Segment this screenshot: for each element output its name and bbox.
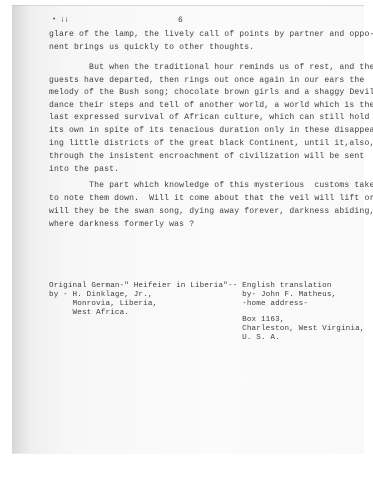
corner-marks: • ¡¡ [52,16,69,24]
page-number: 6 [178,16,183,26]
original-region: West Africa. [49,309,129,318]
original-title: Original German-" Heifeier in Liberia" [49,282,228,291]
paragraph-3-line-2: to note them down. Will it come about th… [49,194,373,204]
paragraph-2-line-4: dance their steps and tell of another wo… [49,101,373,111]
translation-home-label: -home address- [228,300,308,309]
translation-label: -- English translation [228,282,332,291]
paragraph-2-line-1: But when the traditional hour reminds us… [49,63,373,73]
page-shadow [12,5,32,453]
paragraph-3-line-3: will they be the swan song, dying away f… [49,207,373,217]
paragraph-2-line-3: melody of the Bush song; chocolate brown… [49,88,373,98]
paragraph-1-line-1: glare of the lamp, the lively call of po… [49,30,373,40]
paragraph-1-line-2: nent brings us quickly to other thoughts… [49,43,254,53]
paragraph-2-line-8: through the insistent encroachment of ci… [49,152,364,162]
translation-author: by- John F. Matheus, [228,291,336,300]
paragraph-2-line-6: its own in spite of its tenacious durati… [49,126,373,136]
paragraph-2-line-5: last expressed survival of African cultu… [49,113,369,123]
translation-city: Charleston, West Virginia, [228,325,365,334]
paragraph-2-line-7: ing little districts of the great black … [49,139,373,149]
paragraph-3-line-1: The part which knowledge of this mysteri… [49,181,373,191]
paragraph-3-line-4: where darkness formerly was ? [49,220,194,230]
original-city: Monrovia, Liberia, [49,300,157,309]
translation-country: U. S. A. [228,334,280,343]
original-author: by - H. Dinklage, Jr., [49,291,153,300]
translation-box: Box 1163, [228,316,284,325]
paragraph-2-line-2: guests have departed, then rings out onc… [49,76,364,86]
paragraph-2-line-9: into the past. [49,165,119,175]
